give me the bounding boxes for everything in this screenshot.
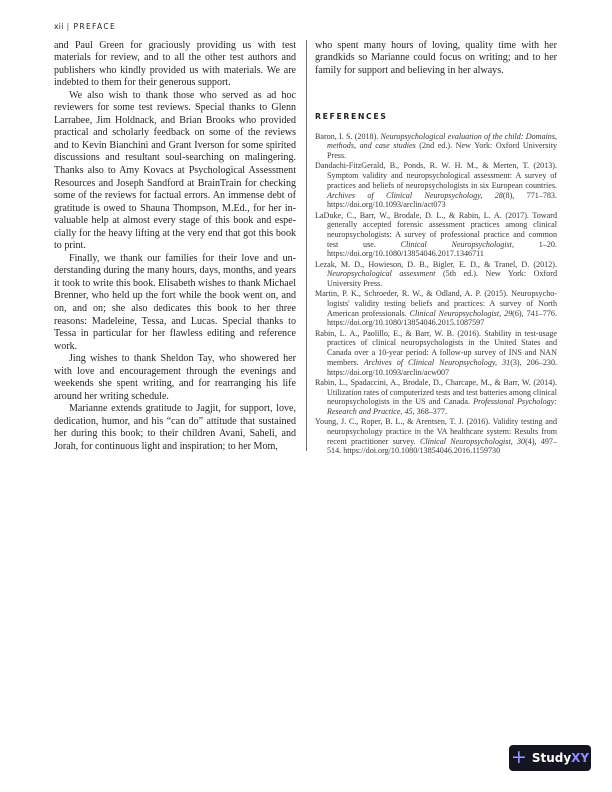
reference-item: Lezak, M. D., Howieson, D. B., Bigler, E… [315,260,557,289]
paragraph-continuation-right: who spent many hours of loving, quality … [315,40,557,78]
paragraph-families: Finally, we thank our families for their… [54,253,296,353]
right-column: who spent many hours of loving, quality … [315,40,557,457]
section-title: PREFACE [73,22,116,31]
studyxy-watermark-badge[interactable]: + StudyXY [509,745,591,771]
page-number: xii [54,22,64,31]
left-column: and Paul Green for graciously providing … [54,40,296,454]
paragraph-marianne: Marianne extends gratitude to Jagjit, fo… [54,403,296,453]
reference-item: Rabin, L., Spadaccini, A., Brodale, D., … [315,378,557,417]
paragraph-reviewers: We also wish to thank those who served a… [54,90,296,253]
reference-item: Rabin, L. A., Paolillo, E., & Barr, W. B… [315,329,557,378]
references-list: Baron, I. S. (2018). Neuropsychological … [315,132,557,456]
reference-item: Martin, P. K., Schroeder, R. W., & Odlan… [315,289,557,328]
reference-item: LaDuke, C., Barr, W., Brodale, D. L., & … [315,211,557,260]
reference-item: Young, J. C., Roper, B. L., & Arentsen, … [315,417,557,456]
reference-item: Baron, I. S. (2018). Neuropsychological … [315,132,557,161]
plus-icon: + [511,748,527,767]
references-heading: REFERENCES [315,111,557,124]
reference-item: Dandachi-FitzGerald, B., Ponds, R. W. H.… [315,161,557,210]
paragraph-jing: Jing wishes to thank Sheldon Tay, who sh… [54,353,296,403]
brand-name: StudyXY [532,751,589,765]
paragraph-continuation: and Paul Green for graciously providing … [54,40,296,90]
running-head-separator: | [67,22,71,31]
running-head: xii|PREFACE [54,22,116,31]
column-divider [306,40,307,451]
